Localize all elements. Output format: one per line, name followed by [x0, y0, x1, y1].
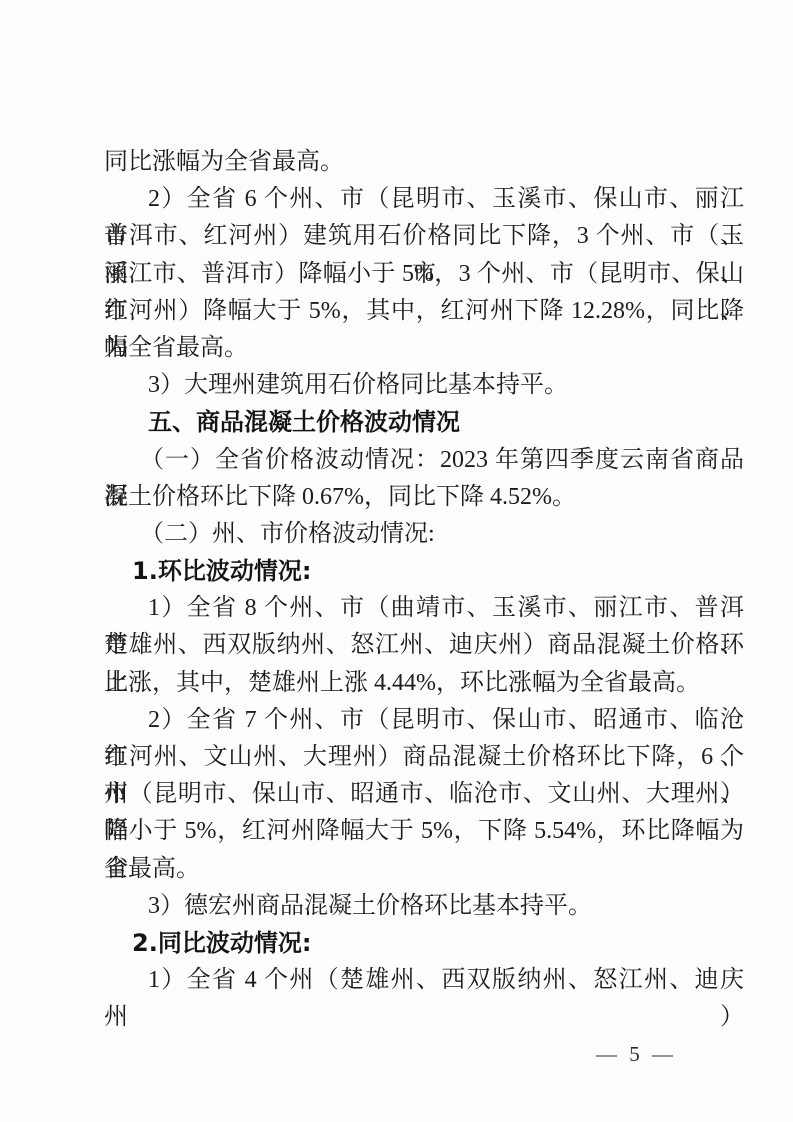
text-line: 同比涨幅为全省最高。: [104, 144, 744, 181]
text-line: 省最高。: [104, 851, 744, 888]
text-line: 3）大理州建筑用石价格同比基本持平。: [104, 367, 744, 404]
text-line: 2.同比波动情况:: [104, 925, 744, 962]
text-line: 普洱市、红河州）建筑用石价格同比下降，3 个州、市（玉溪市、: [104, 218, 744, 255]
text-line: 1）全省 4 个州（楚雄州、西双版纳州、怒江州、迪庆州）: [104, 962, 744, 999]
document-body: 同比涨幅为全省最高。2）全省 6 个州、市（昆明市、玉溪市、保山市、丽江市、普洱…: [104, 144, 744, 999]
text-line: 3）德宏州商品混凝土价格环比基本持平。: [104, 888, 744, 925]
text-line: 五、商品混凝土价格波动情况: [104, 404, 744, 441]
text-line: 幅小于 5%，红河州降幅大于 5%，下降 5.54%，环比降幅为全: [104, 813, 744, 850]
page-number: — 5 —: [596, 1042, 674, 1067]
text-line: 楚雄州、西双版纳州、怒江州、迪庆州）商品混凝土价格环比: [104, 627, 744, 664]
text-line: 上涨，其中，楚雄州上涨 4.44%，环比涨幅为全省最高。: [104, 665, 744, 702]
text-line: （一）全省价格波动情况：2023 年第四季度云南省商品混: [104, 442, 744, 479]
text-line: 市（昆明市、保山市、昭通市、临沧市、文山州、大理州）降: [104, 776, 744, 813]
text-line: 2）全省 7 个州、市（昆明市、保山市、昭通市、临沧市、: [104, 702, 744, 739]
text-line: 红河州）降幅大于 5%，其中，红河州下降 12.28%，同比降幅: [104, 293, 744, 330]
document-page: 同比涨幅为全省最高。2）全省 6 个州、市（昆明市、玉溪市、保山市、丽江市、普洱…: [0, 0, 793, 1122]
text-line: （二）州、市价格波动情况:: [104, 516, 744, 553]
text-line: 为全省最高。: [104, 330, 744, 367]
text-line: 2）全省 6 个州、市（昆明市、玉溪市、保山市、丽江市、: [104, 181, 744, 218]
text-line: 1.环比波动情况:: [104, 553, 744, 590]
text-line: 凝土价格环比下降 0.67%，同比下降 4.52%。: [104, 479, 744, 516]
text-line: 红河州、文山州、大理州）商品混凝土价格环比下降，6 个州、: [104, 739, 744, 776]
text-line: 1）全省 8 个州、市（曲靖市、玉溪市、丽江市、普洱市、: [104, 590, 744, 627]
text-line: 丽江市、普洱市）降幅小于 5%，3 个州、市（昆明市、保山市、: [104, 256, 744, 293]
